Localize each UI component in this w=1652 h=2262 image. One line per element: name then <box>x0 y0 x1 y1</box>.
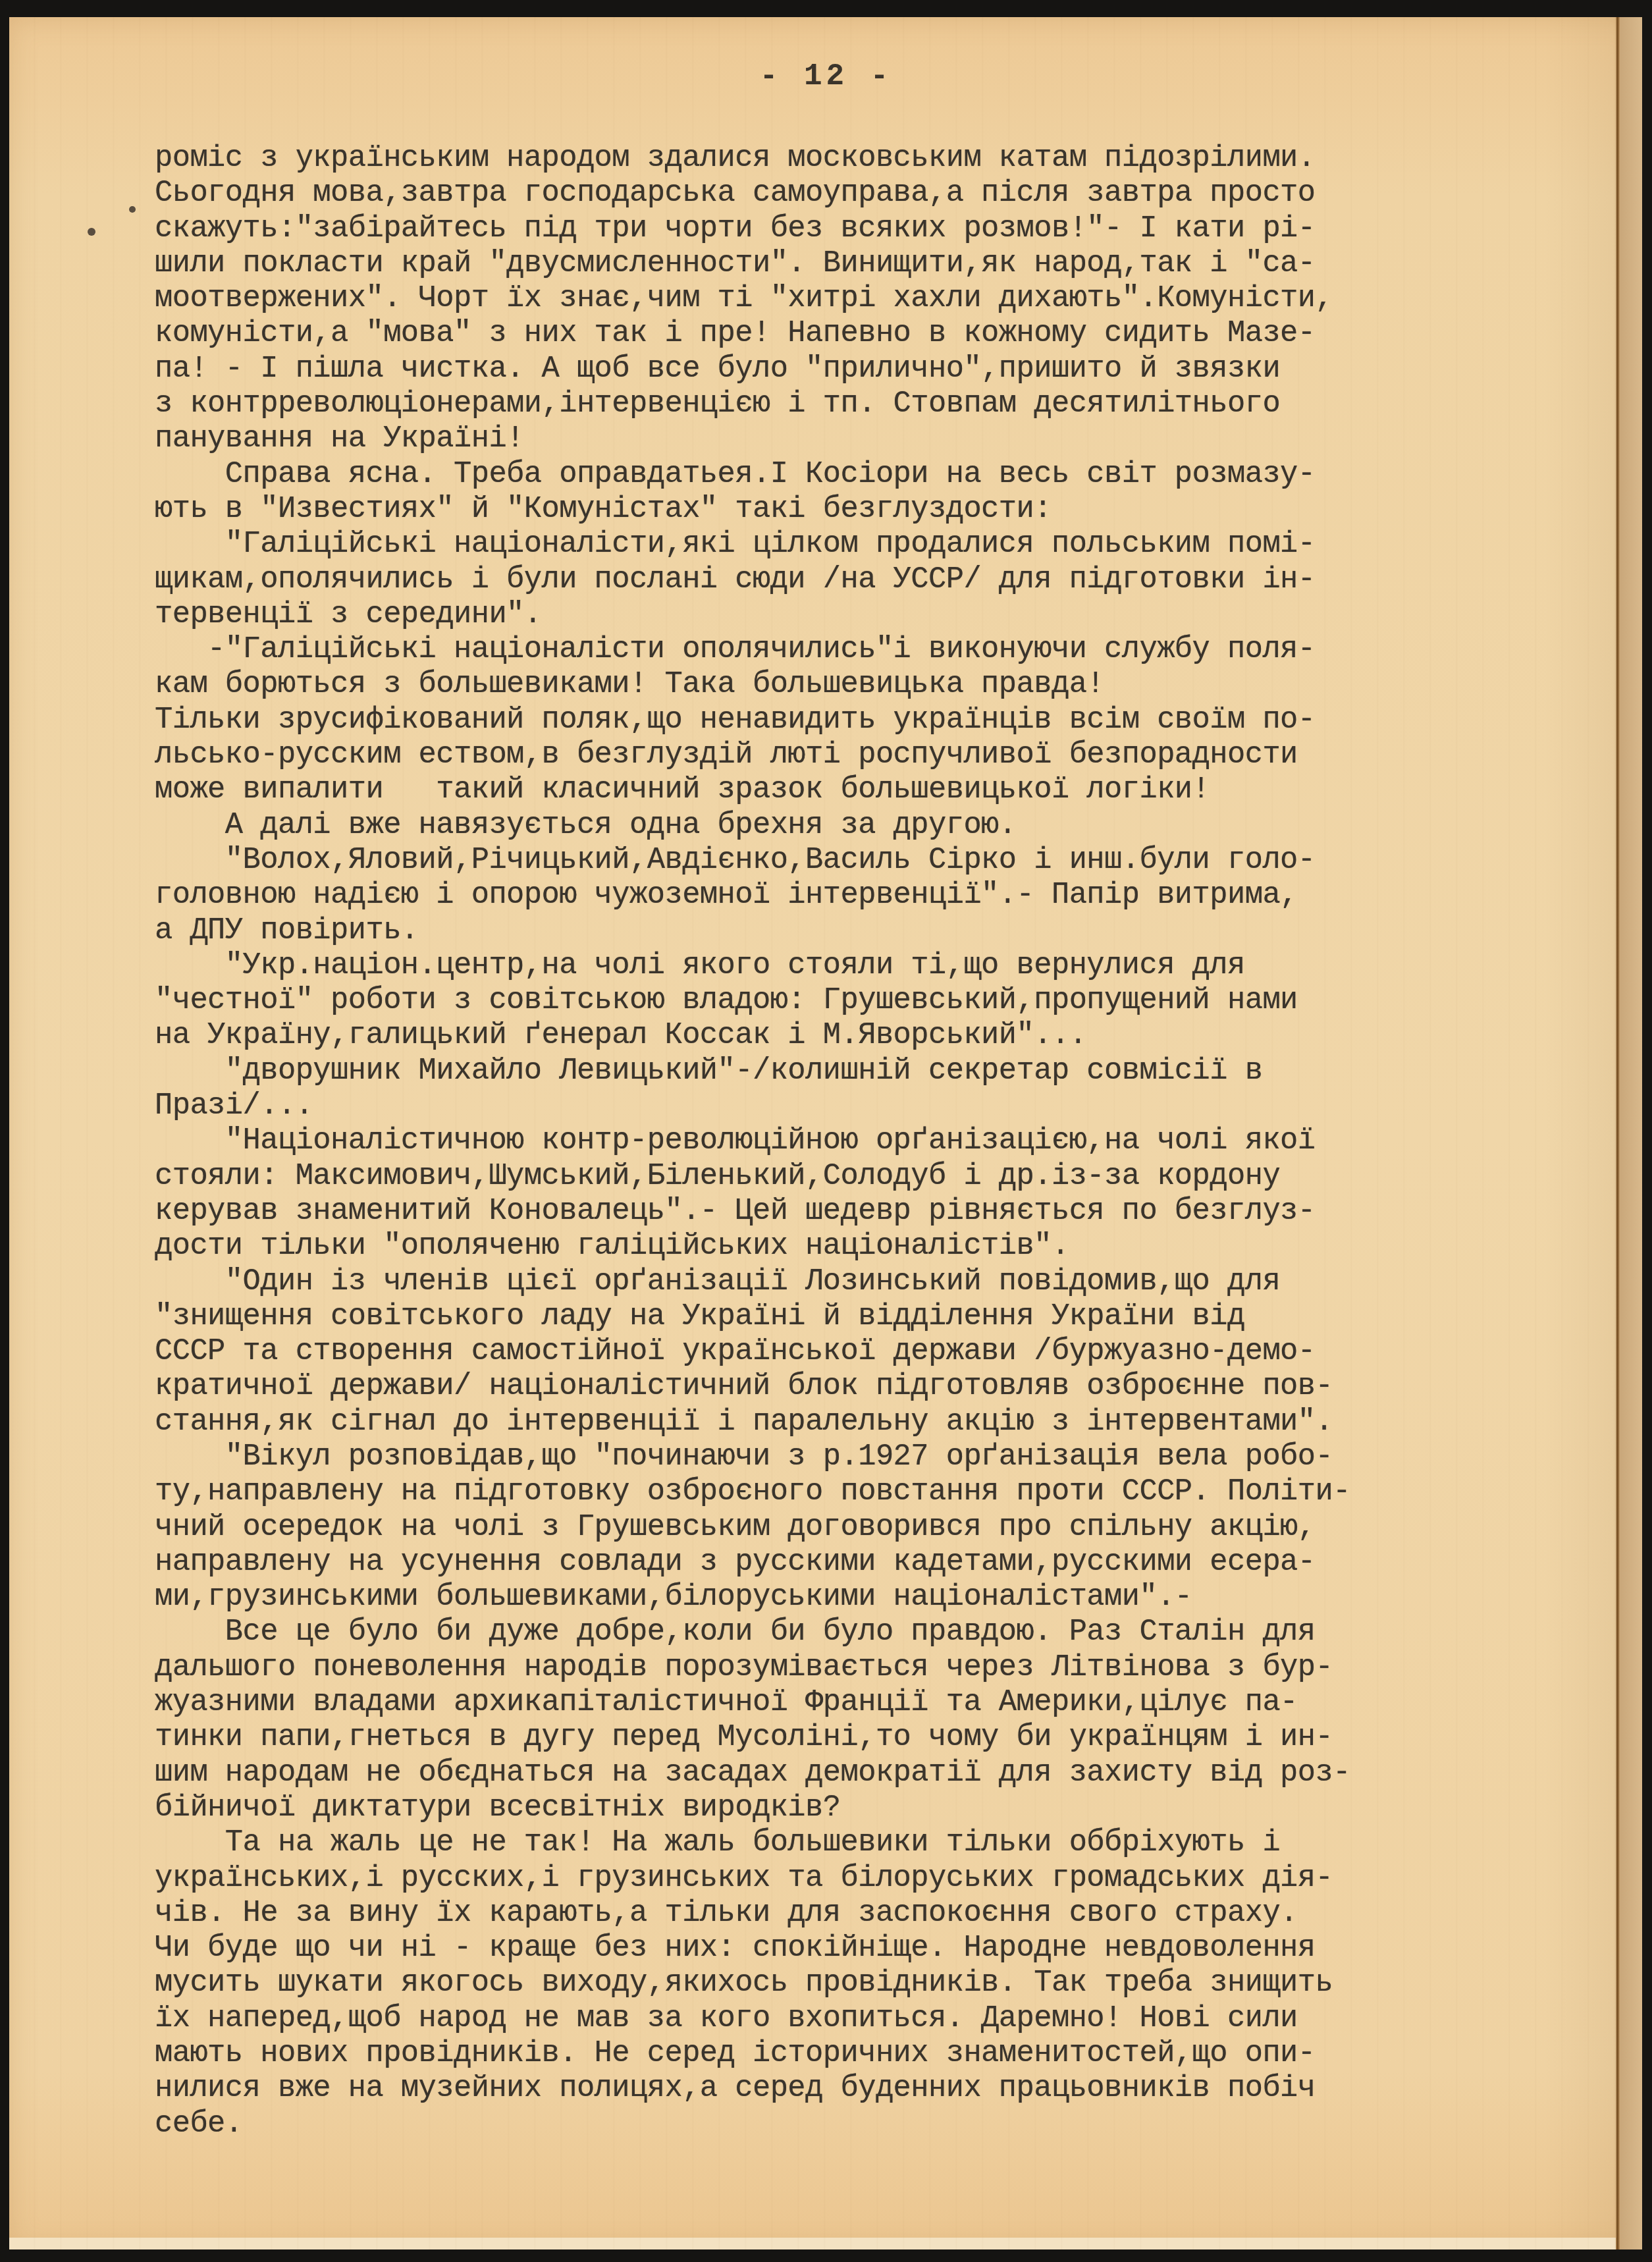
text-line: ють в "Известиях" й "Комуністах" такі бе… <box>155 492 1564 527</box>
text-line: Празі/... <box>155 1089 1564 1123</box>
text-line: їх наперед,щоб народ не мав за кого вхоп… <box>155 2001 1564 2036</box>
text-line: українських,і русских,і грузинських та б… <box>155 1861 1564 1896</box>
text-line: комуністи,а "мова" з них так і пре! Напе… <box>155 316 1564 351</box>
text-line: Сьогодня мова,завтра господарська самоуп… <box>155 176 1564 211</box>
ink-speck <box>88 228 95 236</box>
text-line: кратичної держави/ націоналістичний блок… <box>155 1369 1564 1404</box>
text-line: шим народам не обєднаться на засадах дем… <box>155 1756 1564 1791</box>
text-line: па! - І пішла чистка. А щоб все було "пр… <box>155 352 1564 387</box>
text-line: щикам,ополячились і були послані сюди /н… <box>155 562 1564 597</box>
text-line: чів. Не за вину їх карають,а тільки для … <box>155 1896 1564 1931</box>
text-line: "Вікул розповідав,що "починаючи з р.1927… <box>155 1440 1564 1474</box>
page-bottom-edge <box>9 2238 1616 2249</box>
text-line: "Націоналістичною контр-революційною орґ… <box>155 1123 1564 1158</box>
text-line: Справа ясна. Треба оправдатьея.І Косіори… <box>155 457 1564 492</box>
text-line: направлену на усунення совлади з русским… <box>155 1545 1564 1580</box>
text-line: дости тільки "ополяченю галіційських нац… <box>155 1229 1564 1264</box>
text-line: "Укр.націон.центр,на чолі якого стояли т… <box>155 948 1564 983</box>
text-line: "Галіційські націоналісти,які цілком про… <box>155 527 1564 562</box>
text-line: льсько-русским еством,в безглуздій люті … <box>155 738 1564 772</box>
text-line: головною надією і опорою чужоземної інте… <box>155 878 1564 913</box>
text-line: тервенції з середини". <box>155 597 1564 632</box>
text-line: жуазними владами архикапіталістичної Фра… <box>155 1685 1564 1720</box>
text-line: панування на Україні! <box>155 421 1564 456</box>
text-line: стояли: Максимович,Шумський,Біленький,Со… <box>155 1159 1564 1194</box>
text-line: себе. <box>155 2107 1564 2141</box>
text-line: мусить шукати якогось виходу,якихось про… <box>155 1966 1564 2001</box>
text-line: ту,направлену на підготовку озброєного п… <box>155 1474 1564 1509</box>
typewritten-body: роміс з українським народом здалися моск… <box>155 141 1564 2141</box>
text-line: стання,як сігнал до інтервенції і парале… <box>155 1405 1564 1440</box>
text-line: "дворушник Михайло Левицький"-/колишній … <box>155 1054 1564 1089</box>
text-line: може випалити такий класичний зразок бол… <box>155 772 1564 807</box>
text-line: нилися вже на музейних полицях,а серед б… <box>155 2071 1564 2106</box>
text-line: а ДПУ повірить. <box>155 913 1564 948</box>
text-line: -"Галіційські націоналісти ополячились"і… <box>155 632 1564 667</box>
text-line: тинки папи,гнеться в дугу перед Мусоліні… <box>155 1720 1564 1755</box>
text-line: кам борються з большевиками! Така больше… <box>155 667 1564 702</box>
text-line: СССР та створення самостійної українсько… <box>155 1334 1564 1369</box>
text-line: Все це було би дуже добре,коли би було п… <box>155 1615 1564 1650</box>
text-line: "Волох,Яловий,Річицький,Авдієнко,Василь … <box>155 843 1564 878</box>
text-line: "знищення совітського ладу на Україні й … <box>155 1299 1564 1334</box>
text-line: роміс з українським народом здалися моск… <box>155 141 1564 176</box>
text-line: дальшого поневолення народів порозуміває… <box>155 1650 1564 1685</box>
ink-speck <box>129 206 136 213</box>
text-line: моотвержених". Чорт їх знає,чим ті "хитр… <box>155 281 1564 316</box>
text-line: ми,грузинськими большевиками,білоруським… <box>155 1580 1564 1615</box>
text-line: "честної" роботи з совітською владою: Гр… <box>155 983 1564 1018</box>
text-line: Чи буде що чи ні - краще без них: спокій… <box>155 1931 1564 1966</box>
text-line: скажуть:"забірайтесь під три чорти без в… <box>155 211 1564 246</box>
text-line: А далі вже навязується одна брехня за др… <box>155 808 1564 843</box>
text-line: Тільки зрусифікований поляк,що ненавидит… <box>155 703 1564 738</box>
text-line: на Україну,галицький ґенерал Коссак і М.… <box>155 1018 1564 1053</box>
text-line: мають нових провідників. Не серед істори… <box>155 2036 1564 2071</box>
text-line: бійничої диктатури всесвітніх виродків? <box>155 1791 1564 1825</box>
text-line: "Один із членів цієї орґанізації Лозинсь… <box>155 1264 1564 1299</box>
page-number: - 12 - <box>0 59 1652 94</box>
text-line: Та на жаль це не так! На жаль большевики… <box>155 1825 1564 1860</box>
text-line: шили покласти край "двусмисленности". Ви… <box>155 246 1564 281</box>
text-line: керував знаменитий Коновалець".- Цей шед… <box>155 1194 1564 1229</box>
text-line: з контрреволюціонерами,інтервенцією і тп… <box>155 387 1564 421</box>
adjacent-page-strip <box>1620 17 1642 2249</box>
page-fold-line <box>1616 17 1620 2249</box>
text-line: чний осередок на чолі з Грушевським дого… <box>155 1510 1564 1545</box>
